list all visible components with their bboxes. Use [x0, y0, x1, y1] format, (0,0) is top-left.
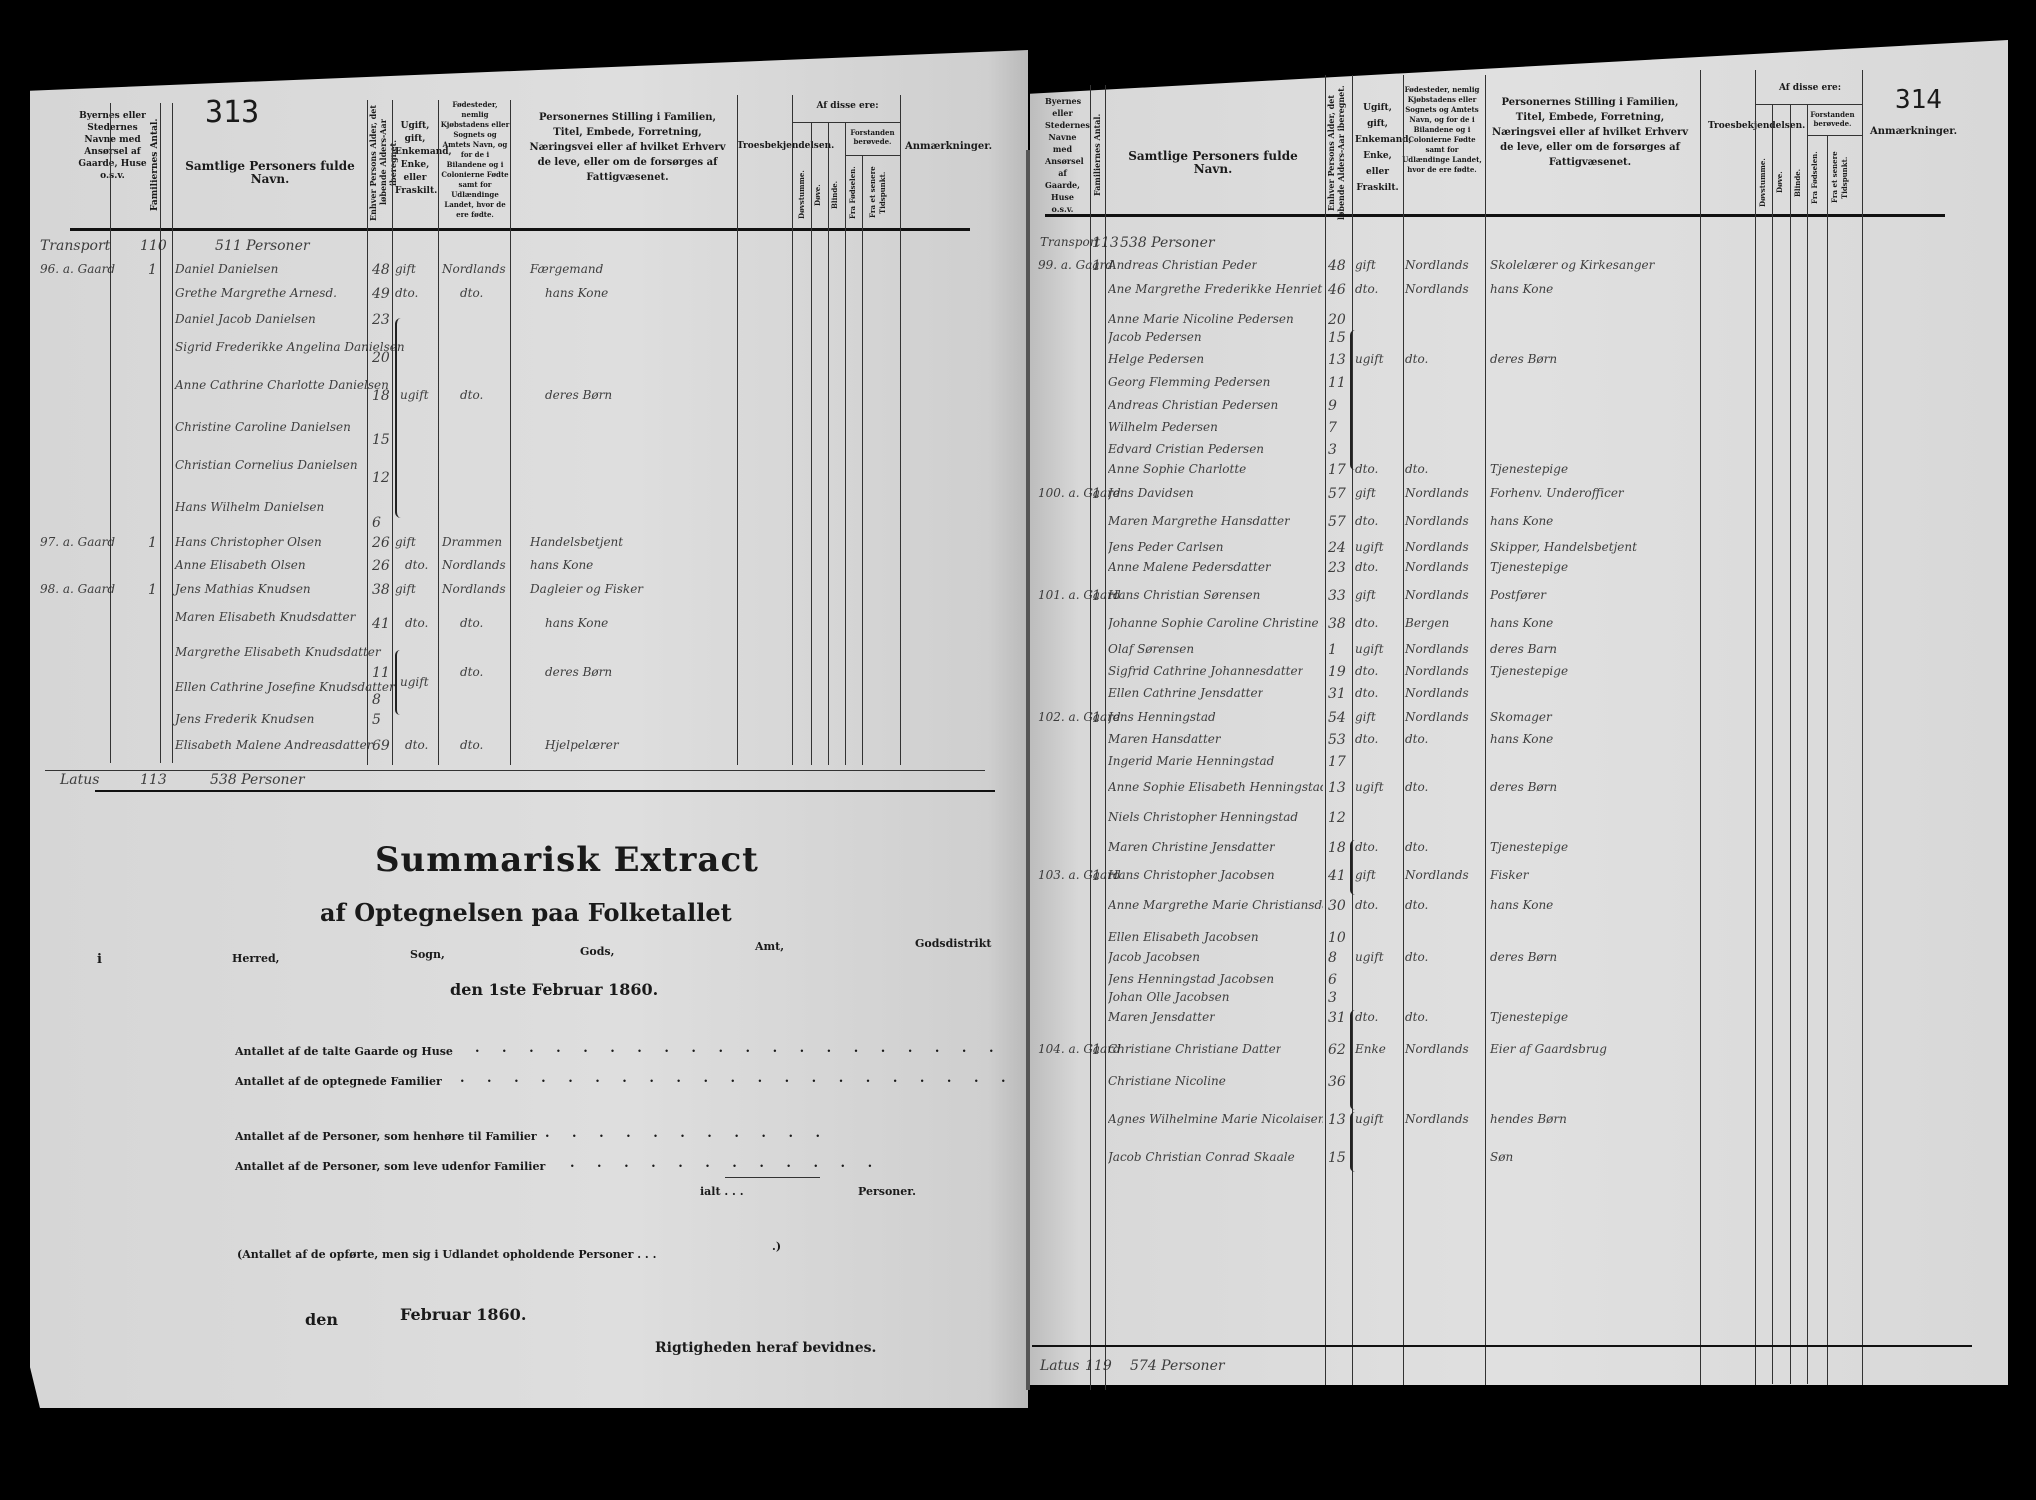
person-name: Anne Margrethe Marie Christiansdatter He… [1108, 898, 1323, 912]
occupation: hans Kone [1490, 732, 1553, 746]
dot-leader: . . . . . . . . . . . . . . . . . . . . … [460, 1071, 1015, 1086]
occupation: Hjelpelærer [545, 738, 619, 752]
person-name: Johanne Sophie Caroline Christine Sterne… [1108, 616, 1323, 630]
marital-status: gift [1355, 588, 1376, 602]
grid-line [828, 122, 829, 765]
marital-status: gift [395, 582, 416, 596]
total-persons: 574 Personer [1130, 1358, 1225, 1374]
header-farm-names: Byernes eller Stedernes Navne med Ansørs… [1045, 95, 1080, 215]
person-age: 6 [372, 515, 381, 531]
header-deaf-mute: Døvstumme. [797, 165, 811, 225]
carried-forward-label: Transport [40, 238, 110, 254]
person-name: Hans Christopher Jacobsen [1108, 868, 1275, 882]
grid-line [1862, 70, 1863, 1385]
person-name: Daniel Jacob Danielsen [175, 312, 316, 326]
farm-name: 97. a. Gaard [40, 535, 115, 549]
grid-line [1807, 135, 1862, 136]
person-name: Christine Caroline Danielsen [175, 420, 351, 434]
birthplace: dto. [460, 388, 483, 402]
occupation: deres Børn [1490, 352, 1557, 366]
grid-line [392, 100, 393, 765]
person-age: 41 [372, 616, 390, 632]
grid-line [160, 103, 161, 763]
header-occupation: Personernes Stilling i Familien, Titel, … [525, 110, 730, 185]
person-age: 54 [1328, 710, 1346, 726]
birthplace: dto. [1405, 950, 1428, 964]
marital-status: dto. [395, 286, 418, 300]
grid-line [1807, 104, 1808, 1384]
occupation: Søn [1490, 1150, 1513, 1164]
marital-status: gift [395, 535, 416, 549]
person-name: Jens Frederik Knudsen [175, 712, 314, 726]
person-name: Ellen Elisabeth Jacobsen [1108, 930, 1259, 944]
occupation: Fisker [1490, 868, 1528, 882]
occupation: Tjenestepige [1490, 840, 1568, 854]
person-age: 19 [1328, 664, 1346, 680]
grid-line [1090, 85, 1091, 1390]
person-age: 3 [1328, 442, 1337, 458]
occupation: Skolelærer og Kirkesanger [1490, 258, 1654, 272]
header-later: Fra et senere Tidspunkt. [1830, 140, 1852, 215]
person-name: Georg Flemming Pedersen [1108, 375, 1270, 389]
family-count: 1 [1092, 1042, 1101, 1058]
sign-date-prefix: den [305, 1310, 338, 1329]
carried-forward-persons: 511 Personer [215, 238, 310, 254]
total-families: 119 [1085, 1358, 1112, 1374]
sum-rule [725, 1177, 820, 1178]
person-age: 36 [1328, 1074, 1346, 1090]
marital-status: dto. [1355, 732, 1378, 746]
occupation: hans Kone [1490, 616, 1553, 630]
header-deaf: Døve. [1775, 150, 1787, 215]
grid-line [510, 100, 511, 765]
book-gutter [1026, 150, 1030, 1390]
header-age: Enhver Persons Alder, det løbende Alders… [1326, 85, 1348, 220]
marital-status: dto. [1355, 514, 1378, 528]
occupation: hans Kone [530, 558, 593, 572]
occupation: hans Kone [1490, 514, 1553, 528]
person-age: 7 [1328, 420, 1337, 436]
birthplace: Nordlands [1405, 686, 1469, 700]
grid-line [1403, 75, 1404, 1385]
summary-line-persons-outside: Antallet af de Personer, som leve udenfo… [235, 1160, 545, 1173]
header-blind: Blinde. [1793, 150, 1805, 215]
bracket [1350, 840, 1360, 895]
person-age: 8 [372, 692, 381, 708]
dot-leader: . . . . . . . . . . . [545, 1126, 829, 1141]
abroad-close: .) [772, 1240, 781, 1253]
person-age: 20 [1328, 312, 1346, 328]
marital-status: ugift [1355, 780, 1384, 794]
header-remarks: Anmærkninger. [905, 140, 960, 153]
birthplace: Nordlands [1405, 560, 1469, 574]
header-farm-names: Byernes eller Stedernes Navne med Ansørs… [75, 110, 150, 182]
person-name: Jens Henningstad Jacobsen [1108, 972, 1274, 986]
birthplace: dto. [1405, 462, 1428, 476]
person-age: 11 [1328, 375, 1346, 391]
person-name: Sigrid Frederikke Angelina Danielsen [175, 340, 405, 354]
person-age: 18 [1328, 840, 1346, 856]
occupation: Forhenv. Underofficer [1490, 486, 1624, 500]
header-family-count: Familiernes Antal. [1092, 95, 1104, 215]
abroad-line: (Antallet af de opførte, men sig i Udlan… [237, 1248, 656, 1261]
marital-status: dto. [1355, 282, 1378, 296]
occupation: hendes Børn [1490, 1112, 1567, 1126]
person-age: 15 [1328, 1150, 1346, 1166]
person-name: Andreas Christian Pedersen [1108, 398, 1278, 412]
person-age: 46 [1328, 282, 1346, 298]
grid-line [811, 122, 812, 765]
person-age: 48 [372, 262, 390, 278]
header-insane: Forstanden berøvede. [1805, 110, 1860, 128]
birthplace: dto. [1405, 840, 1428, 854]
grid-line [1827, 135, 1828, 1385]
person-age: 20 [372, 350, 390, 366]
marital-status: ugift [1355, 540, 1384, 554]
total-unit-label: Personer. [858, 1185, 916, 1198]
occupation: deres Barn [1490, 642, 1557, 656]
left-page [30, 50, 1028, 1408]
person-age: 53 [1328, 732, 1346, 748]
person-name: Christiane Christiane Datter [1108, 1042, 1281, 1056]
marital-status: ugift [1355, 950, 1384, 964]
occupation: deres Børn [1490, 950, 1557, 964]
birthplace: dto. [1405, 352, 1428, 366]
header-blind: Blinde. [830, 165, 844, 225]
header-birthplace: Fødesteder, nemlig Kjøbstadens eller Sog… [440, 100, 510, 220]
godsdistrikt-label: Godsdistrikt [915, 937, 991, 950]
person-name: Maren Margrethe Hansdatter [1108, 514, 1290, 528]
person-age: 1 [1328, 642, 1337, 658]
person-age: 41 [1328, 868, 1346, 884]
person-name: Helge Pedersen [1108, 352, 1204, 366]
birthplace: dto. [460, 738, 483, 752]
birthplace: Nordlands [1405, 514, 1469, 528]
birthplace: dto. [1405, 898, 1428, 912]
grid-line [438, 100, 439, 765]
person-age: 15 [372, 432, 390, 448]
header-rule [1045, 214, 1945, 217]
grid-line [110, 103, 111, 763]
grid-line [367, 100, 368, 765]
occupation: Færgemand [530, 262, 603, 276]
total-label: Latus [1040, 1358, 1079, 1374]
grid-line [792, 122, 900, 123]
family-count: 1 [1092, 258, 1101, 274]
total-label: Latus [60, 772, 99, 788]
person-age: 23 [1328, 560, 1346, 576]
person-name: Wilhelm Pedersen [1108, 420, 1218, 434]
person-name: Jens Henningstad [1108, 710, 1216, 724]
header-marital-status: Ugift, gift, Enkemand, Enke, eller Frask… [395, 120, 435, 198]
birthplace: Nordlands [442, 262, 506, 276]
person-age: 18 [372, 388, 390, 404]
person-name: Christian Cornelius Danielsen [175, 458, 358, 472]
birthplace: Nordlands [1405, 540, 1469, 554]
marital-status: dto. [405, 558, 428, 572]
person-name: Ingerid Marie Henningstad [1108, 754, 1274, 768]
person-name: Anne Cathrine Charlotte Danielsen [175, 378, 389, 392]
person-age: 23 [372, 312, 390, 328]
person-name: Hans Wilhelm Danielsen [175, 500, 324, 514]
header-religion: Troesbekjendelsen. [1708, 120, 1753, 133]
header-of-these: Af disse ere: [1760, 82, 1860, 95]
person-name: Maren Elisabeth Knudsdatter [175, 610, 355, 624]
person-name: Anne Sophie Elisabeth Henningstad [1108, 780, 1323, 794]
birthplace: dto. [460, 616, 483, 630]
family-count: 1 [148, 262, 157, 278]
person-age: 17 [1328, 462, 1346, 478]
header-rule [70, 228, 970, 231]
occupation: Tjenestepige [1490, 560, 1568, 574]
sogn-label: Sogn, [410, 948, 445, 961]
header-from-birth: Fra Fødselen. [1810, 140, 1822, 215]
person-name: Edvard Cristian Pedersen [1108, 442, 1264, 456]
person-name: Anne Malene Pedersdatter [1108, 560, 1271, 574]
birthplace: dto. [1405, 1010, 1428, 1024]
header-from-birth: Fra Fødselen. [848, 160, 862, 225]
bracket [1350, 330, 1360, 470]
person-age: 38 [372, 582, 390, 598]
occupation: Handelsbetjent [530, 535, 623, 549]
person-age: 48 [1328, 258, 1346, 274]
family-count: 1 [148, 582, 157, 598]
bracket [395, 650, 405, 715]
totals-rule [45, 770, 985, 771]
farm-name: 98. a. Gaard [40, 582, 115, 596]
birthplace: Nordlands [1405, 1112, 1469, 1126]
marital-status: gift [1355, 486, 1376, 500]
carried-forward-persons: 538 Personer [1120, 235, 1215, 251]
grid-line [1352, 75, 1353, 1385]
person-name: Jacob Pedersen [1108, 330, 1202, 344]
person-age: 3 [1328, 990, 1337, 1006]
person-age: 49 [372, 286, 390, 302]
person-name: Jens Davidsen [1108, 486, 1194, 500]
left-page-number: 313 [205, 95, 259, 130]
dot-leader: . . . . . . . . . . . . [570, 1156, 881, 1171]
sign-date: Februar 1860. [400, 1305, 526, 1324]
header-religion: Troesbekjendelsen. [737, 140, 787, 153]
birthplace: Nordlands [1405, 642, 1469, 656]
occupation: hans Kone [545, 616, 608, 630]
grid-line [172, 103, 173, 763]
right-page-number: 314 [1895, 85, 1942, 115]
person-name: Christiane Nicoline [1108, 1074, 1226, 1088]
person-name: Hans Christian Sørensen [1108, 588, 1260, 602]
family-count: 1 [1092, 588, 1101, 604]
birthplace: Nordlands [1405, 710, 1469, 724]
bracket [1350, 1010, 1360, 1110]
birthplace: Nordlands [442, 558, 506, 572]
person-name: Jens Mathias Knudsen [175, 582, 311, 596]
birthplace: Nordlands [1405, 588, 1469, 602]
person-name: Andreas Christian Peder [1108, 258, 1257, 272]
family-count: 1 [1092, 486, 1101, 502]
birthplace: dto. [460, 286, 483, 300]
occupation: deres Børn [545, 388, 612, 402]
person-age: 69 [372, 738, 390, 754]
birthplace: Drammen [442, 535, 502, 549]
birthplace: dto. [1405, 780, 1428, 794]
occupation: Tjenestepige [1490, 1010, 1568, 1024]
summary-subtitle: af Optegnelsen paa Folketallet [320, 898, 732, 927]
marital-status: dto. [405, 616, 428, 630]
person-name: Hans Christopher Olsen [175, 535, 322, 549]
occupation: Skipper, Handelsbetjent [1490, 540, 1637, 554]
person-name: Niels Christopher Henningstad [1108, 810, 1298, 824]
header-deaf: Døve. [813, 165, 827, 225]
total-families: 113 [140, 772, 167, 788]
person-age: 5 [372, 712, 381, 728]
marital-status: dto. [1355, 686, 1378, 700]
person-name: Jacob Christian Conrad Skaale [1108, 1150, 1295, 1164]
occupation: hans Kone [1490, 282, 1553, 296]
person-name: Agnes Wilhelmine Marie Nicolaisen [1108, 1112, 1323, 1126]
person-age: 30 [1328, 898, 1346, 914]
person-age: 24 [1328, 540, 1346, 556]
birthplace: Nordlands [1405, 1042, 1469, 1056]
header-age: Enhver Persons Alder, det løbende Alders… [368, 100, 392, 225]
carried-forward-families: 113 [1092, 235, 1119, 251]
grid-line [1700, 70, 1701, 1385]
grid-line [737, 95, 738, 765]
census-date: den 1ste Februar 1860. [450, 980, 658, 999]
summary-line-farms: Antallet af de talte Gaarde og Huse [235, 1045, 453, 1058]
grid-line [1755, 104, 1862, 105]
marital-status: dto. [1355, 616, 1378, 630]
header-full-names: Samtlige Personers fulde Navn. [1118, 150, 1308, 176]
person-age: 26 [372, 558, 390, 574]
person-age: 12 [372, 470, 390, 486]
header-of-these: Af disse ere: [795, 100, 900, 113]
person-age: 11 [372, 665, 390, 681]
person-age: 9 [1328, 398, 1337, 414]
carried-forward-families: 110 [140, 238, 167, 254]
person-name: Margrethe Elisabeth Knudsdatter [175, 645, 381, 659]
person-name: Grethe Margrethe Arnesd. [175, 286, 337, 300]
grid-line [845, 155, 900, 156]
marital-status: gift [1355, 258, 1376, 272]
marital-status: dto. [1355, 898, 1378, 912]
birthplace: Nordlands [1405, 282, 1469, 296]
family-count: 1 [148, 535, 157, 551]
person-name: Sigfrid Cathrine Johannesdatter [1108, 664, 1303, 678]
summary-line-persons-in-families: Antallet af de Personer, som henhøre til… [235, 1130, 537, 1143]
birthplace: Nordlands [1405, 868, 1469, 882]
occupation: hans Kone [545, 286, 608, 300]
person-age: 15 [1328, 330, 1346, 346]
birthplace: Nordlands [442, 582, 506, 596]
family-count: 1 [1092, 710, 1101, 726]
person-name: Ellen Cathrine Josefine Knudsdatter [175, 680, 395, 694]
header-birthplace: Fødesteder, nemlig Kjøbstadens eller Sog… [1402, 85, 1482, 175]
person-age: 26 [372, 535, 390, 551]
person-age: 38 [1328, 616, 1346, 632]
bracket [395, 318, 407, 518]
birthplace: dto. [1405, 732, 1428, 746]
grid-line [1105, 85, 1106, 1390]
gods-label: Gods, [580, 945, 614, 958]
grid-line [862, 155, 863, 765]
occupation: Eier af Gaardsbrug [1490, 1042, 1607, 1056]
person-name: Anne Marie Nicoline Pedersen [1108, 312, 1294, 326]
marital-status: dto. [405, 738, 428, 752]
person-age: 57 [1328, 514, 1346, 530]
marital-status: gift [1355, 710, 1376, 724]
occupation: Tjenestepige [1490, 462, 1568, 476]
person-age: 31 [1328, 686, 1346, 702]
total-ialt-label: ialt . . . [700, 1185, 744, 1198]
summary-title: Summarisk Extract [375, 840, 759, 880]
total-persons: 538 Personer [210, 772, 305, 788]
totals-rule [1032, 1345, 1972, 1347]
marital-status: dto. [1355, 560, 1378, 574]
farm-name: 99. a. Gaard [1038, 258, 1113, 272]
person-name: Daniel Danielsen [175, 262, 278, 276]
bracket [1350, 1112, 1360, 1172]
person-name: Anne Elisabeth Olsen [175, 558, 306, 572]
person-name: Anne Sophie Charlotte [1108, 462, 1246, 476]
grid-line [1772, 104, 1773, 1384]
person-age: 6 [1328, 972, 1337, 988]
occupation: Skomager [1490, 710, 1552, 724]
person-name: Ellen Cathrine Jensdatter [1108, 686, 1263, 700]
person-age: 13 [1328, 1112, 1346, 1128]
occupation: Postfører [1490, 588, 1546, 602]
birthplace: Nordlands [1405, 486, 1469, 500]
person-age: 57 [1328, 486, 1346, 502]
birthplace: Bergen [1405, 616, 1449, 630]
totals-rule-bold [95, 790, 995, 792]
amt-label: Amt, [755, 940, 784, 953]
person-age: 62 [1328, 1042, 1346, 1058]
header-insane: Forstanden berøvede. [845, 128, 900, 146]
summary-line-families: Antallet af de optegnede Familier [235, 1075, 442, 1088]
person-name: Jens Peder Carlsen [1108, 540, 1223, 554]
header-deaf-mute: Døvstumme. [1758, 150, 1770, 215]
person-age: 12 [1328, 810, 1346, 826]
grid-line [1755, 70, 1756, 1385]
occupation: deres Børn [545, 665, 612, 679]
person-name: Elisabeth Malene Andreasdatter [175, 738, 372, 752]
person-age: 13 [1328, 780, 1346, 796]
header-later: Fra et senere Tidspunkt. [868, 160, 892, 225]
person-name: Ane Margrethe Frederikke Henriette [1108, 282, 1323, 296]
person-age: 17 [1328, 754, 1346, 770]
marital-status: ugift [1355, 642, 1384, 656]
person-age: 13 [1328, 352, 1346, 368]
marital-status: gift [395, 262, 416, 276]
grid-line [900, 95, 901, 765]
grid-line [792, 95, 793, 765]
birthplace: dto. [460, 665, 483, 679]
occupation: Tjenestepige [1490, 664, 1568, 678]
certification: Rigtigheden heraf bevidnes. [655, 1340, 876, 1356]
person-name: Jacob Jacobsen [1108, 950, 1200, 964]
place-prefix: i [97, 952, 102, 967]
header-full-names: Samtlige Personers fulde Navn. [175, 160, 365, 186]
header-family-count: Familiernes Antal. [150, 110, 164, 220]
person-name: Johan Olle Jacobsen [1108, 990, 1229, 1004]
person-age: 31 [1328, 1010, 1346, 1026]
occupation: deres Børn [1490, 780, 1557, 794]
grid-line [1485, 75, 1486, 1385]
person-age: 10 [1328, 930, 1346, 946]
header-remarks: Anmærkninger. [1870, 125, 1920, 138]
herred-label: Herred, [232, 952, 280, 965]
person-name: Olaf Sørensen [1108, 642, 1194, 656]
